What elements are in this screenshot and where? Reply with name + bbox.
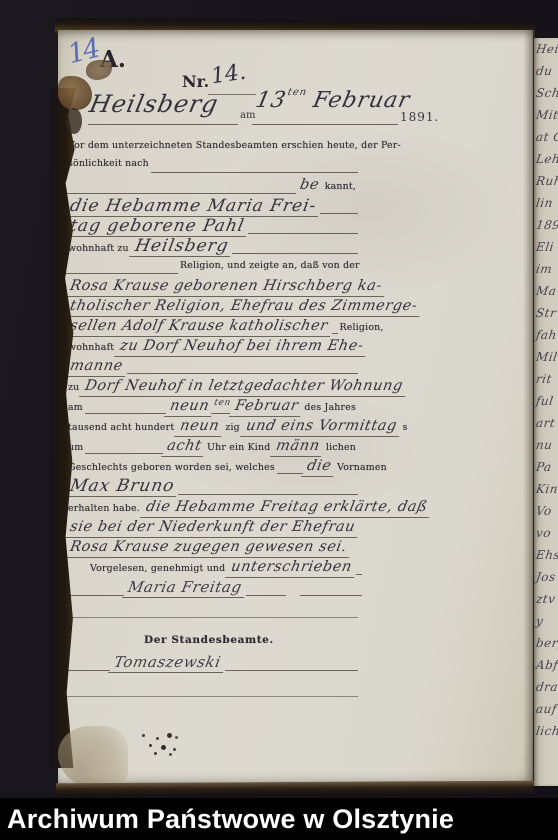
side-page-text-fragment: ful xyxy=(534,390,558,412)
form-rule-line xyxy=(85,453,162,454)
date-day: 13 xyxy=(253,88,288,113)
side-page-text-fragment: lin xyxy=(534,192,558,214)
side-page-text-fragment: 1896 xyxy=(534,214,558,236)
form-line xyxy=(66,601,358,621)
side-page-text-fragment: lich xyxy=(534,720,558,742)
side-page-text-fragment: du xyxy=(534,60,558,82)
record-body: Vor dem unterzeichneten Standesbeamten e… xyxy=(66,134,358,700)
form-line: sönlichkeit nach xyxy=(66,155,358,176)
handwritten-entry: sie bei der Niederkunft der Ehefrau xyxy=(64,518,361,538)
printed-form-text: wohnhaft zu xyxy=(66,240,131,258)
form-line: Max Bruno xyxy=(66,477,358,498)
form-rule-line xyxy=(320,213,358,214)
handwritten-entry: manne xyxy=(64,357,129,377)
printed-form-text: lichen xyxy=(324,439,358,457)
printed-form-text: zig xyxy=(223,419,242,437)
form-line: Vor dem unterzeichneten Standesbeamten e… xyxy=(66,134,358,155)
printed-form-text: des Jahres xyxy=(302,399,358,417)
handwritten-entry: tag geborene Pahl xyxy=(64,217,250,237)
form-rule-line xyxy=(232,253,358,254)
photo-background: 14 A. Nr. 14. Heilsberg am 13ten Februar… xyxy=(0,0,558,840)
handwritten-entry: Rosa Krause geborenen Hirschberg ka- xyxy=(64,277,388,297)
form-line: Vorgelesen, genehmigt undunterschrieben xyxy=(66,558,358,578)
form-rule-line xyxy=(66,193,296,194)
form-line xyxy=(66,680,358,700)
side-page-text-fragment: fah xyxy=(534,324,558,346)
form-rule-line xyxy=(356,574,362,575)
ink-smudge xyxy=(142,734,145,737)
side-page-text-fragment: auf xyxy=(534,698,558,720)
printed-form-text: Religion, xyxy=(338,319,386,337)
handwritten-signature: Tomaszewski xyxy=(108,653,226,673)
printed-form-heading: Der Standesbeamte. xyxy=(142,631,276,649)
side-page-text-fragment: Pa xyxy=(534,456,558,478)
handwritten-entry: Dorf Neuhof in letztgedachter Wohnung xyxy=(79,377,409,397)
handwritten-entry: männ xyxy=(270,437,325,457)
side-page-text-fragment: at C xyxy=(534,126,558,148)
printed-form-text: Vornamen xyxy=(335,459,389,477)
handwritten-entry: die Hebamme Freitag erklärte, daß xyxy=(140,498,433,518)
handwritten-entry: neun xyxy=(174,417,225,437)
side-page-text-fragment: Ruh xyxy=(534,170,558,192)
form-line: Religion, und zeigte an, daß von der xyxy=(66,257,358,277)
archive-caption-bar: Archiwum Państwowe w Olsztynie xyxy=(0,798,558,840)
form-line: umachtUhr ein Kindmännlichen xyxy=(66,437,358,457)
form-rule-line xyxy=(246,595,286,596)
printed-form-text: Geschlechts geboren worden sei, welches xyxy=(66,459,277,477)
printed-form-text: Vor dem unterzeichneten Standesbeamten e… xyxy=(66,140,403,151)
form-line: Rosa Krause zugegen gewesen sei. xyxy=(66,538,358,558)
form-rule-line xyxy=(66,273,178,274)
handwritten-entry: die xyxy=(301,457,337,477)
printed-form-text: erhalten habe. xyxy=(66,500,142,518)
form-line: tausend acht hundertneunzigund eins Vorm… xyxy=(66,417,358,437)
record-number-label: Nr. xyxy=(182,72,209,91)
printed-form-text: Vorgelesen, genehmigt und xyxy=(88,560,227,578)
form-rule-line xyxy=(85,413,166,414)
side-page-text-fragment: Str xyxy=(534,302,558,324)
torn-corner-detail xyxy=(58,76,92,110)
side-page-text-fragment: ztv xyxy=(534,588,558,610)
side-page-text-fragment: Eli xyxy=(534,236,558,258)
form-rule-line xyxy=(248,233,358,234)
record-number-value: 14. xyxy=(209,60,247,90)
side-page-text-fragment: vo xyxy=(534,522,558,544)
year-printed: 1891. xyxy=(400,110,439,124)
printed-form-text: kannt, xyxy=(323,178,358,196)
form-line: Rosa Krause geborenen Hirschberg ka- xyxy=(66,277,358,297)
form-line: tholischer Religion, Ehefrau des Zimmerg… xyxy=(66,297,358,317)
form-rule-line xyxy=(225,670,358,671)
form-rule-line xyxy=(277,473,303,474)
date-rule xyxy=(252,124,398,125)
side-page-text-fragment: Ehs xyxy=(534,544,558,566)
register-page: 14 A. Nr. 14. Heilsberg am 13ten Februar… xyxy=(58,30,533,786)
side-page-text-fragment: Mil xyxy=(534,346,558,368)
handwritten-entry: und eins Vormittag xyxy=(240,417,403,437)
date-entry: 13ten Februar xyxy=(253,88,412,113)
printed-form-text: wohnhaft xyxy=(66,339,116,357)
handwritten-entry: tholischer Religion, Ehefrau des Zimmerg… xyxy=(64,297,423,317)
side-page-text-fragment: Jos xyxy=(534,566,558,588)
form-line: Maria Freitag xyxy=(66,578,358,599)
date-month: Februar xyxy=(311,88,413,113)
form-line: zuDorf Neuhof in letztgedachter Wohnung xyxy=(66,377,358,397)
form-line: amneuntenFebruardes Jahres xyxy=(66,397,358,417)
form-rule-line xyxy=(66,696,358,697)
side-page-text-fragment: Ma xyxy=(534,280,558,302)
side-page-text-fragment: Vo xyxy=(534,500,558,522)
date-day-suffix: ten xyxy=(287,87,309,98)
form-rule-line xyxy=(300,595,362,596)
form-line: bekannt, xyxy=(66,176,358,197)
printed-form-text: am xyxy=(66,399,85,417)
printed-form-text: Religion, und zeigte an, daß von der xyxy=(178,257,362,275)
handwritten-entry: Max Bruno xyxy=(64,477,180,497)
form-rule-line xyxy=(66,595,124,596)
torn-corner-detail xyxy=(66,108,82,134)
side-page-text-fragment: nu xyxy=(534,434,558,456)
form-line: erhalten habe.die Hebamme Freitag erklär… xyxy=(66,498,358,518)
handwritten-signature: Maria Freitag xyxy=(122,578,247,598)
place-entry: Heilsberg xyxy=(87,90,221,118)
handwritten-entry: Rosa Krause zugegen gewesen sei. xyxy=(64,538,353,558)
archive-caption: Archiwum Państwowe w Olsztynie xyxy=(0,804,454,835)
place-rule xyxy=(88,124,238,125)
adjacent-page-edge: HeilduSchulMitgat CLehrRuhlin1896EliimMa… xyxy=(534,38,558,786)
handwritten-entry: be xyxy=(294,176,325,194)
handwritten-entry: sellen Adolf Krause katholischer xyxy=(64,317,333,337)
handwritten-entry: acht xyxy=(161,437,207,457)
side-page-text-fragment: Mitg xyxy=(534,104,558,126)
form-rule-line xyxy=(66,617,358,618)
form-line: tag geborene Pahl xyxy=(66,217,358,237)
side-page-text-fragment: Kin xyxy=(534,478,558,500)
form-line: sie bei der Niederkunft der Ehefrau xyxy=(66,518,358,538)
side-page-text-fragment: y xyxy=(534,610,558,632)
form-rule-line xyxy=(151,172,358,173)
form-line: manne xyxy=(66,357,358,377)
handwritten-entry: neun xyxy=(164,397,215,417)
form-rule-line xyxy=(127,373,358,374)
side-page-text-fragment: Abf xyxy=(534,654,558,676)
form-line: Geschlechts geboren worden sei, welchesd… xyxy=(66,457,358,477)
form-line: die Hebamme Maria Frei- xyxy=(66,197,358,217)
printed-form-text: sönlichkeit nach xyxy=(66,155,151,173)
form-rule-line xyxy=(66,670,110,671)
form-line: Der Standesbeamte. xyxy=(66,631,358,651)
side-page-text-fragment: art xyxy=(534,412,558,434)
printed-form-text: tausend acht hundert xyxy=(66,419,176,437)
form-line: Tomaszewski xyxy=(66,653,358,674)
book-bottom-edge xyxy=(56,781,534,798)
side-page-text-fragment: dra xyxy=(534,676,558,698)
printed-form-text: s xyxy=(401,419,410,437)
form-rule-line xyxy=(178,494,358,495)
side-page-text-fragment: Heil xyxy=(534,38,558,60)
handwritten-entry: zu Dorf Neuhof bei ihrem Ehe- xyxy=(114,337,369,357)
form-line: wohnhaftzu Dorf Neuhof bei ihrem Ehe- xyxy=(66,337,358,357)
side-page-text-fragment: berg xyxy=(534,632,558,654)
side-page-text-fragment: rit xyxy=(534,368,558,390)
side-page-text-fragment: im xyxy=(534,258,558,280)
handwritten-entry: Heilsberg xyxy=(129,237,234,257)
handwritten-entry: unterschrieben xyxy=(225,558,358,578)
printed-form-text: Uhr ein Kind xyxy=(205,439,272,457)
form-line: wohnhaft zuHeilsberg xyxy=(66,237,358,257)
handwritten-entry: die Hebamme Maria Frei- xyxy=(64,197,322,217)
form-line: sellen Adolf Krause katholischerReligion… xyxy=(66,317,358,337)
side-page-text-fragment: Schul xyxy=(534,82,558,104)
side-page-text-fragment: Lehr xyxy=(534,148,558,170)
handwritten-entry: Februar xyxy=(229,397,304,417)
